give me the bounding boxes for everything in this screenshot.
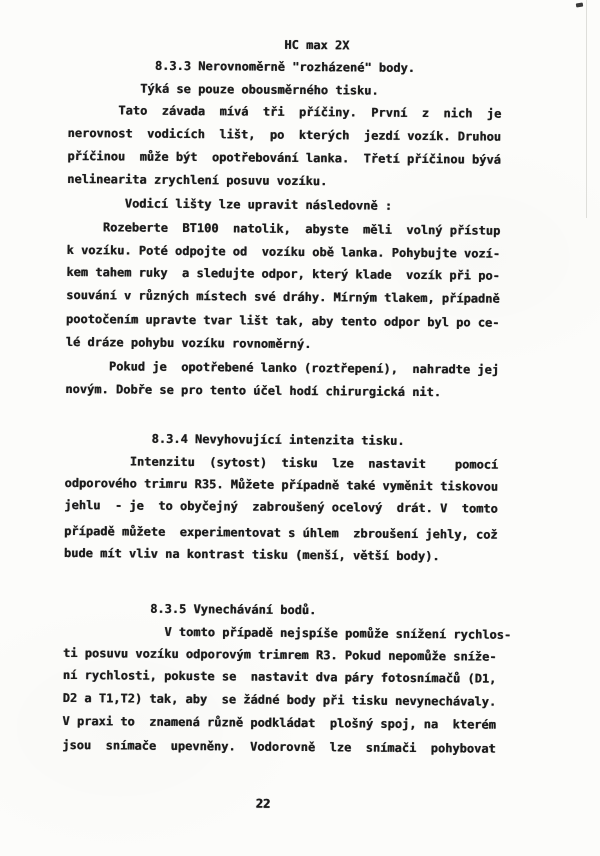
document-line: jehlu - je to obyčejný zabroušený ocelov…: [64, 498, 498, 516]
document-line: V tomto případě nejspíše pomůže snížení …: [63, 624, 511, 642]
document-body: 8.3.3 Nerovnoměrně "rozházené" body. Týk…: [4, 0, 600, 3]
document-line: novým. Dobře se pro tento účel hodí chir…: [65, 382, 441, 399]
page-number: 22: [256, 797, 271, 811]
document-line: Vodicí lišty lze upravit následovně :: [67, 196, 392, 213]
document-line: Pokud je opotřebené lanko (roztřepení), …: [65, 359, 499, 377]
document-line: Rozeberte BT100 natolik, abyste měli vol…: [67, 220, 501, 238]
document-line: souvání v různých místech své dráhy. Mír…: [66, 288, 500, 306]
section-heading-8-3-5: 8.3.5 Vynechávání bodů.: [63, 601, 316, 617]
document-line: D2 a T1,T2) tak, aby se žádné body při t…: [63, 691, 497, 709]
document-line: ní rychlosti, pokuste se nastavit dva pá…: [63, 668, 497, 686]
document-line: Týká se pouze obousměrného tisku.: [68, 81, 379, 98]
page-header: HC max 2X: [284, 38, 349, 53]
document-line: jsou snímače upevněny. Vodorovně lze sní…: [62, 738, 496, 756]
document-line: Intenzitu (sytost) tisku lze nastavit po…: [65, 454, 499, 472]
document-line: V praxi to znamená různě podkládat plošn…: [62, 714, 496, 732]
document-line: kem tahem ruky a sledujte odpor, který k…: [66, 265, 500, 283]
document-line: Tato závada mívá tři příčiny. První z ni…: [68, 103, 502, 121]
document-line: ti posuvu vozíku odporovým trimrem R3. P…: [63, 646, 497, 664]
scanned-content: HC max 2X 8.3.3 Nerovnoměrně "rozházené"…: [0, 0, 600, 856]
document-page: HC max 2X 8.3.3 Nerovnoměrně "rozházené"…: [0, 0, 600, 856]
section-heading-8-3-4: 8.3.4 Nevyhovující intenzita tisku.: [65, 431, 405, 448]
document-line: případě můžete experimentovat s úhlem zb…: [64, 524, 498, 542]
document-line: pootočením upravte tvar lišt tak, aby te…: [66, 312, 500, 330]
document-line: nerovnost vodicích lišt, po kterých jezd…: [68, 126, 502, 144]
section-heading-8-3-3: 8.3.3 Nerovnoměrně "rozházené" body.: [68, 58, 415, 75]
document-line: příčinou může být opotřebování lanka. Tř…: [67, 149, 501, 167]
document-line: odporového trimru R35. Můžete případně t…: [64, 476, 498, 494]
document-line: k vozíku. Poté odpojte od vozíku obě lan…: [66, 243, 500, 261]
document-line: nelinearita zrychlení posuvu vozíku.: [67, 172, 327, 188]
document-line: bude mít vliv na kontrast tisku (menší, …: [64, 546, 440, 563]
document-line: lé dráze pohybu vozíku rovnoměrný.: [66, 335, 312, 351]
